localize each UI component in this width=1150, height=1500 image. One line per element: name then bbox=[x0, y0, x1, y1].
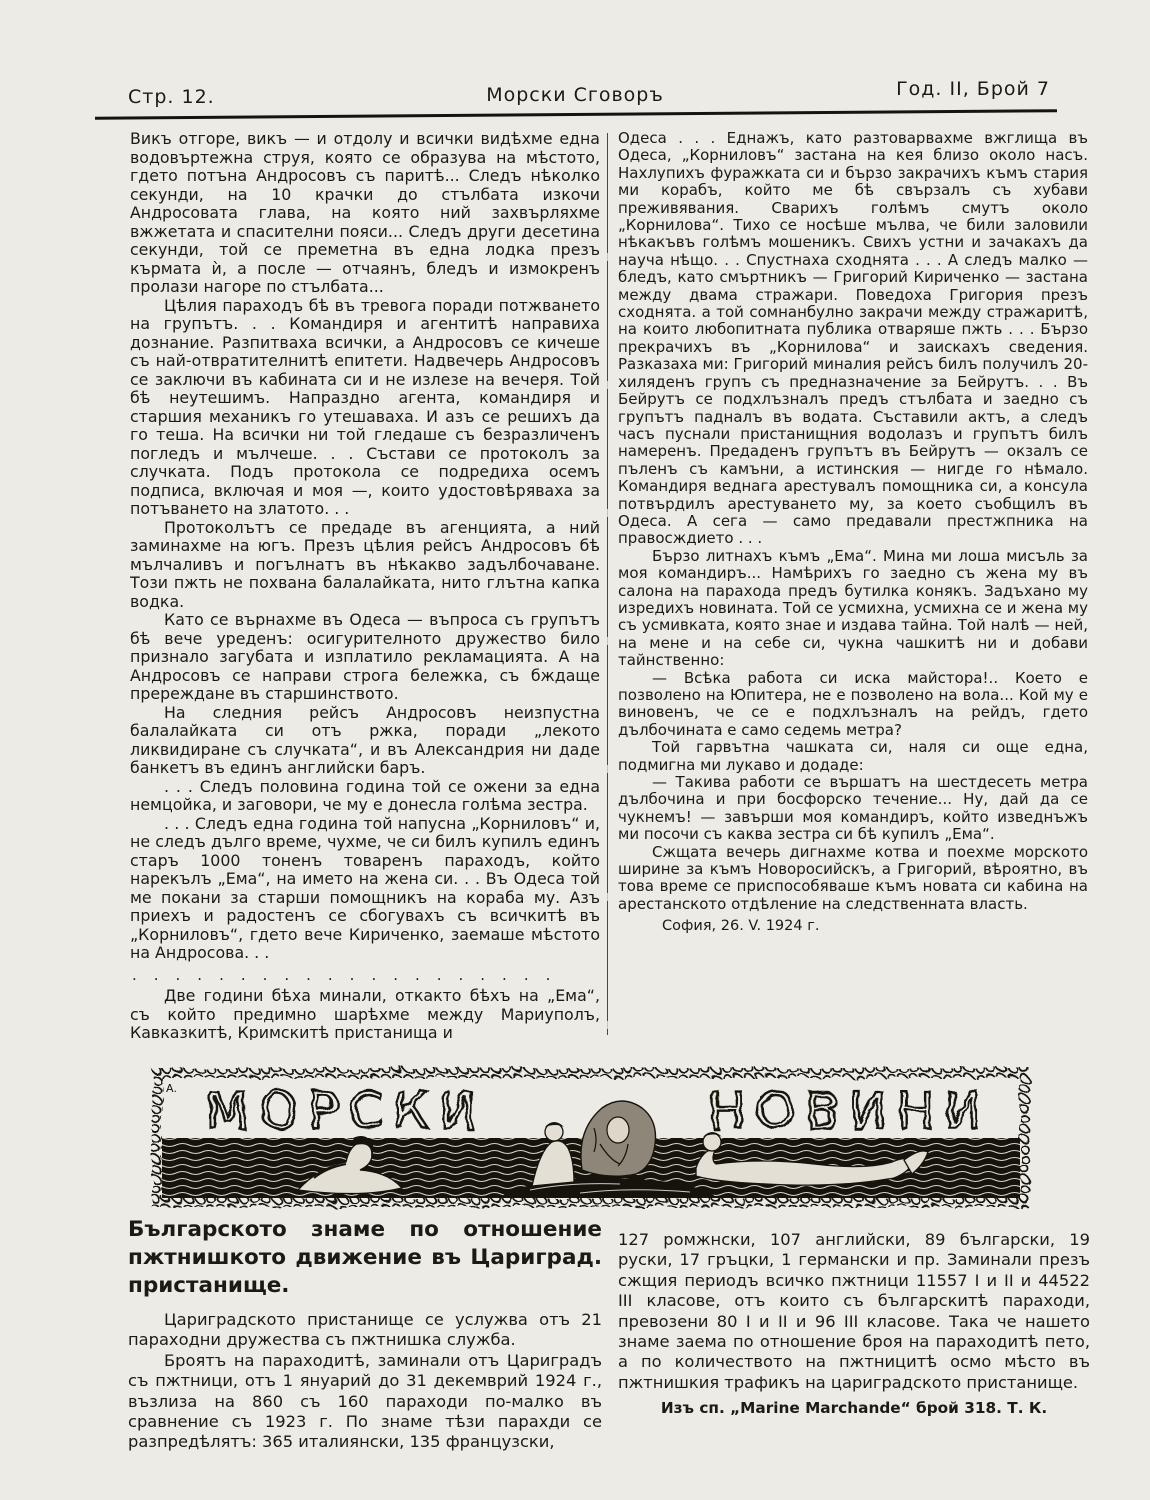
article-headline: Българското знаме по отношение пжтнишкот… bbox=[128, 1216, 602, 1300]
story-paragraph: . . . Следъ една година той напусна „Кор… bbox=[130, 815, 600, 963]
neptune-figure bbox=[581, 1101, 656, 1176]
banner-word-novini: НОВИНИ bbox=[708, 1082, 992, 1140]
story-paragraph: Бързо литнахъ къмъ „Ема“. Мина ми лоша м… bbox=[618, 548, 1088, 670]
source-attribution: Изъ сп. „Marine Marchande“ брой 318. Т. … bbox=[618, 1399, 1090, 1417]
story-column-left: Викъ отгоре, викъ — и отдолу и всички ви… bbox=[130, 130, 600, 1040]
newspaper-page: Стр. 12. Морски Сговоръ Год. II, Брой 7 … bbox=[0, 0, 1150, 1500]
story-paragraph: Две години бѣха минали, откакто бѣхъ на … bbox=[130, 987, 600, 1040]
artist-monogram: А. bbox=[166, 1082, 177, 1095]
story-paragraph: . . . Следъ половина година той се ожени… bbox=[130, 778, 600, 815]
story-dateline: София, 26. V. 1924 г. bbox=[662, 918, 1088, 935]
story-paragraph: Одеса . . . Еднажъ, като разтоварвахме в… bbox=[618, 130, 1088, 548]
section-separator-dots: .................... bbox=[132, 966, 600, 985]
story-column-right: Одеса . . . Еднажъ, като разтоварвахме в… bbox=[618, 130, 1088, 1040]
banner-word-morski: МОРСКИ bbox=[206, 1082, 486, 1140]
header-rule bbox=[95, 109, 1057, 120]
story-paragraph: На следния рейсъ Андросовъ неизпустна ба… bbox=[130, 704, 600, 778]
news-paragraph: Цариградското пристанище се услужва отъ … bbox=[128, 1310, 602, 1351]
news-column-right: 127 ромжнски, 107 английски, 89 българск… bbox=[618, 1230, 1090, 1417]
story-paragraph: Викъ отгоре, викъ — и отдолу и всички ви… bbox=[130, 130, 600, 297]
story-paragraph: Протоколътъ се предаде въ агенцията, а н… bbox=[130, 519, 600, 612]
news-paragraph: 127 ромжнски, 107 английски, 89 българск… bbox=[618, 1230, 1090, 1393]
story-paragraph: — Всѣка работа си иска майстора!.. Което… bbox=[618, 670, 1088, 740]
story-paragraph: Сжщата вечерь дигнахме котва и поехме мо… bbox=[618, 844, 1088, 914]
story-paragraph: — Такива работи се вършатъ на шестдесеть… bbox=[618, 774, 1088, 844]
news-column-left: Българското знаме по отношение пжтнишкот… bbox=[128, 1216, 602, 1453]
column-divider-rule bbox=[607, 133, 608, 1035]
news-paragraph: Броятъ на параходитѣ, заминали отъ Цариг… bbox=[128, 1351, 602, 1453]
story-paragraph: Той гарвътна чашката си, наля си още едн… bbox=[618, 739, 1088, 774]
story-paragraph: Цѣлия параходъ бѣ въ тревога поради потж… bbox=[130, 297, 600, 519]
morski-novini-banner-illustration: А. МОРСКИ НОВИНИ bbox=[150, 1064, 1032, 1212]
story-paragraph: Като се върнахме въ Одеса — въпроса съ г… bbox=[130, 611, 600, 704]
issue-label: Год. II, Брой 7 bbox=[896, 78, 1050, 100]
